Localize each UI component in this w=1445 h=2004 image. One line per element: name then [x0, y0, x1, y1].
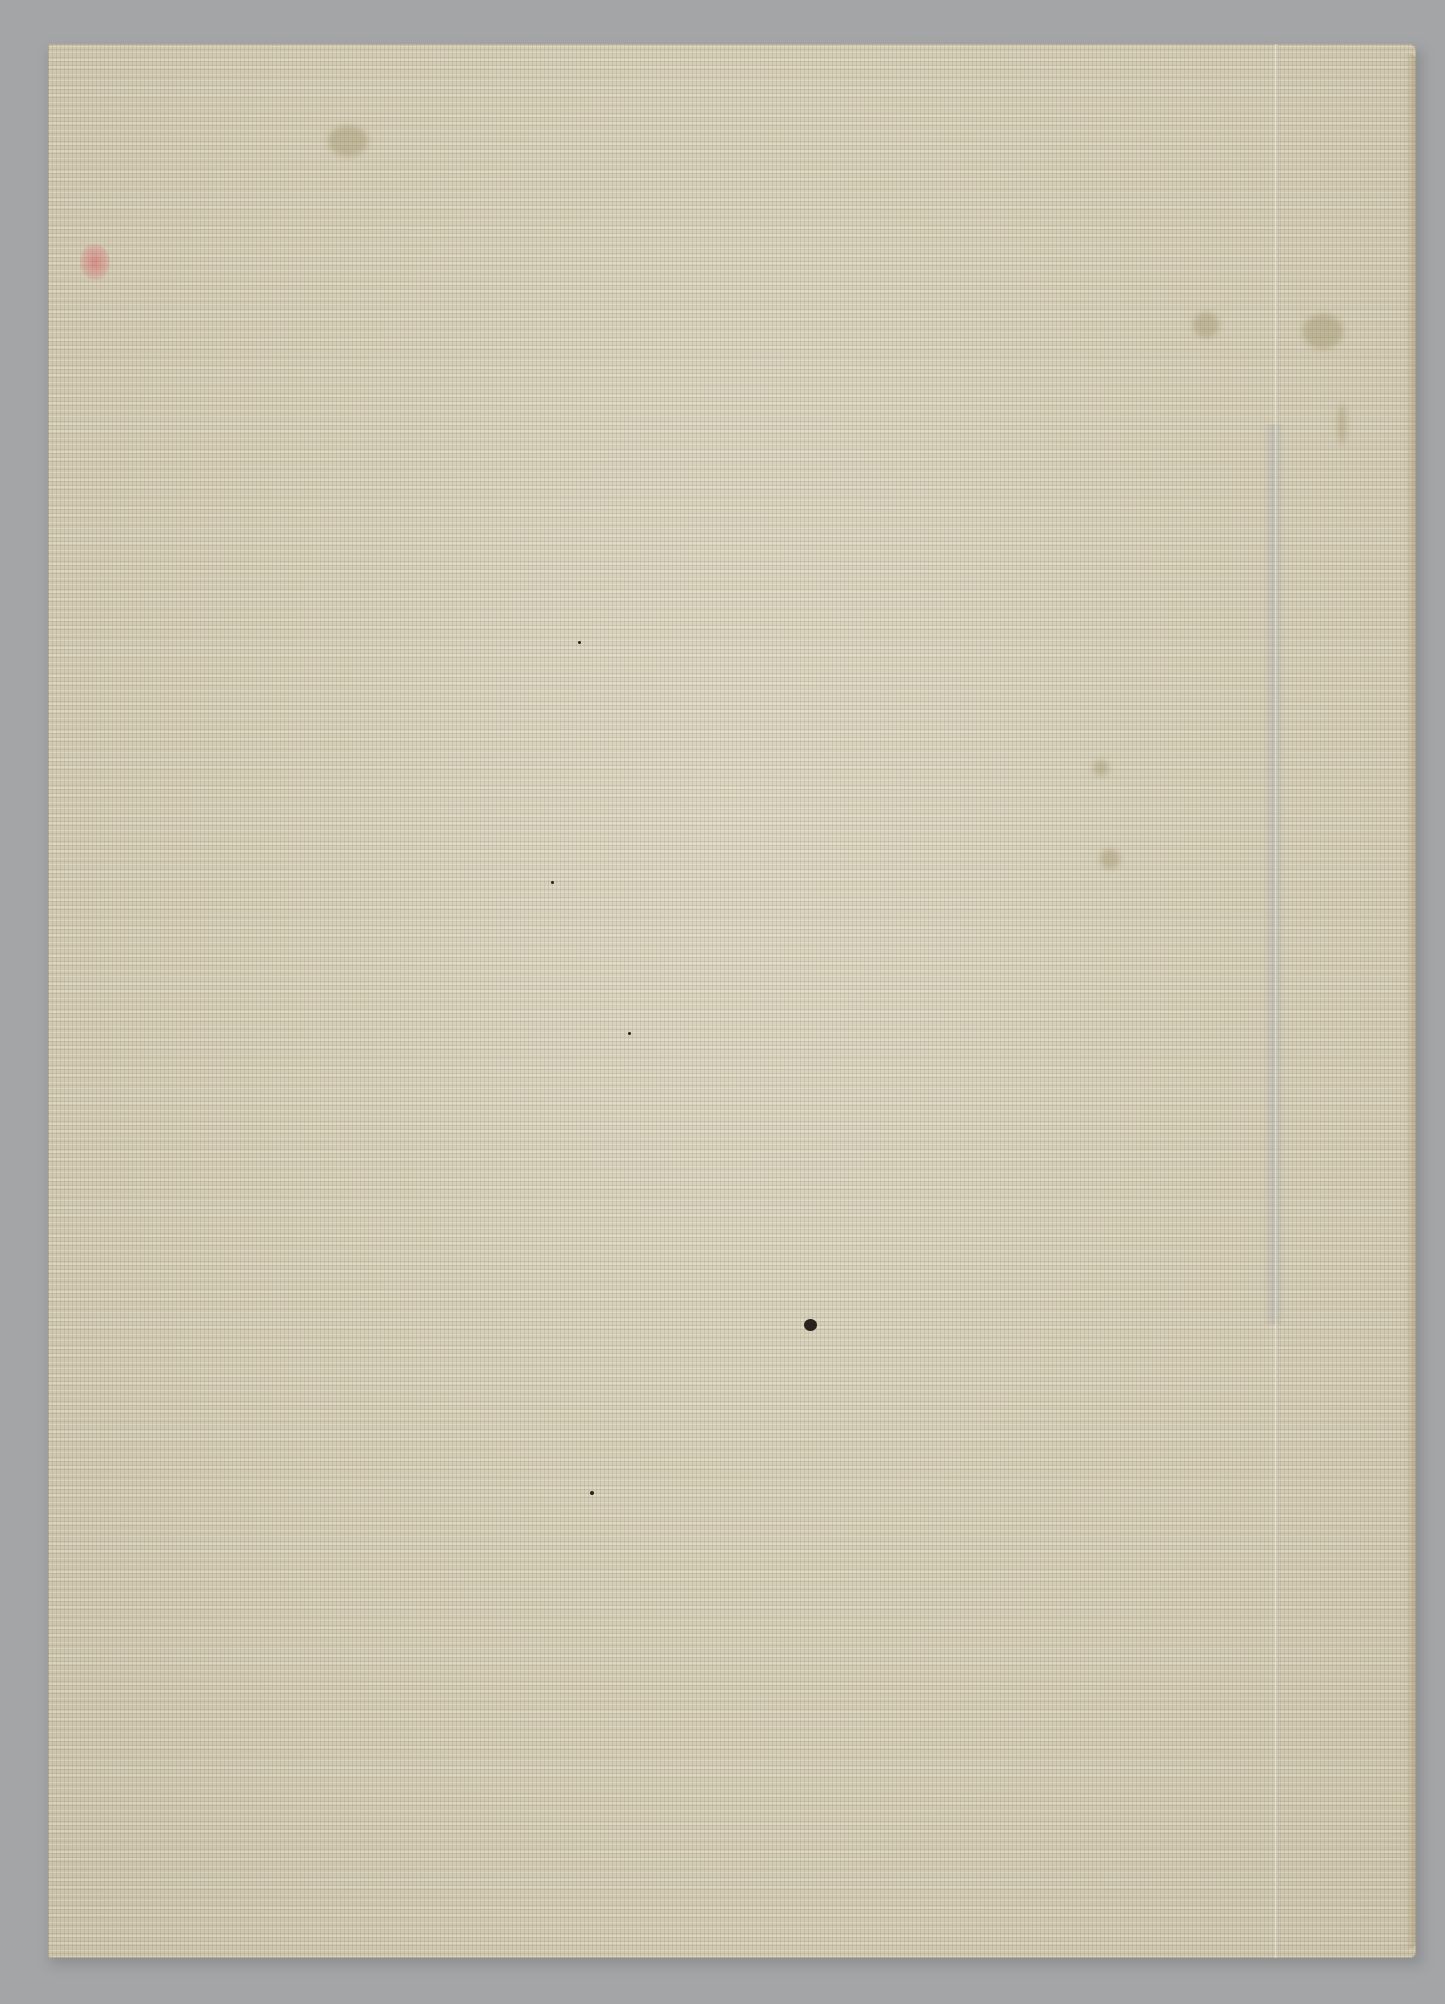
spine-blue-tint — [1263, 424, 1285, 1324]
red-stamp-mark — [80, 244, 110, 280]
small-dot — [628, 1032, 631, 1035]
stain-mark — [1303, 314, 1343, 349]
small-dot — [578, 641, 581, 644]
small-dot — [551, 881, 554, 884]
spine-edge — [1406, 54, 1416, 1948]
stain-mark — [1100, 849, 1120, 869]
book-cover — [48, 44, 1416, 1958]
stain-mark — [1338, 404, 1346, 444]
stain-mark — [328, 126, 368, 156]
stain-mark — [1193, 312, 1219, 338]
small-dot — [590, 1491, 594, 1495]
stain-mark — [1093, 760, 1109, 776]
spine-fold-line — [1275, 44, 1279, 1958]
dark-spot — [804, 1319, 817, 1331]
